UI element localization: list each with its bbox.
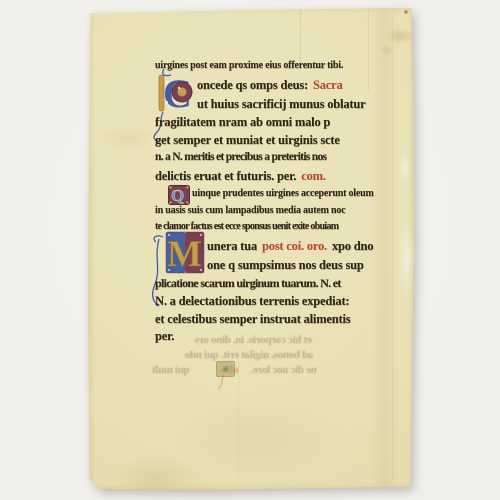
- latin-text: unera tua: [207, 239, 257, 253]
- latin-text: oncede qs omps deus:: [197, 78, 308, 92]
- illuminated-initial-c: C: [158, 68, 198, 116]
- latin-text: in uasis suis cum lampadibus media autem…: [155, 205, 345, 216]
- latin-text: N. a delectationibus terrenis expediat:: [155, 294, 349, 308]
- text-line: n. a N. meritis et precibus a preteritis…: [155, 151, 326, 163]
- text-line: oncede qs omps deus:Sacra: [197, 78, 343, 93]
- text-line: plicatione scarum uirginum tuarum. N. et: [155, 276, 341, 291]
- crease-line: [368, 8, 369, 92]
- text-line: in uasis suis cum lampadibus media autem…: [155, 205, 345, 216]
- bleedthrough-text: ne dic noc lore.: [251, 364, 317, 376]
- text-line: uinque prudentes uirgines acceperunt ole…: [192, 188, 374, 199]
- latin-text: one q sumpsimus nos deus sup: [207, 258, 364, 272]
- illuminated-initial-m: M: [160, 230, 206, 276]
- text-line: one q sumpsimus nos deus sup: [207, 258, 364, 273]
- latin-text: ut huius sacrificij munus oblatur: [197, 97, 365, 111]
- bleedthrough-text: et hic corporis. in. dino ors: [195, 334, 312, 346]
- rubric-text: post coi. oro.: [262, 239, 327, 253]
- crease-line: [392, 14, 393, 480]
- rubric-text: Sacra: [313, 78, 343, 92]
- gold-corner-dot: [186, 201, 188, 203]
- latin-text: plicatione scarum uirginum tuarum. N. et: [155, 276, 341, 290]
- illuminated-initial-q: Q: [168, 185, 190, 205]
- filigree-dot: [178, 87, 180, 89]
- bleedthrough-text: qui mult: [152, 364, 190, 376]
- latin-text: get semper et muniat et uirginis scte: [155, 133, 340, 147]
- text-line: per.: [155, 329, 174, 344]
- latin-text: delictis eruat et futuris. per.: [155, 169, 296, 183]
- parchment-leaf: uirgines post eam proxime eius offerentu…: [88, 8, 414, 490]
- text-line: delictis eruat et futuris. per.com.: [155, 169, 326, 184]
- latin-text: xpo dno: [332, 239, 373, 253]
- crease-line: [300, 10, 301, 66]
- rubric-text: com.: [301, 169, 326, 183]
- initial-m-glyph: M: [167, 234, 202, 275]
- latin-text: per.: [155, 329, 174, 343]
- text-line: get semper et muniat et uirginis scte: [155, 133, 340, 148]
- gold-corner-dot: [186, 186, 188, 188]
- bleedthrough-line: et hic corporis. in. dino ors: [195, 334, 312, 346]
- manuscript-photo: uirgines post eam proxime eius offerentu…: [0, 0, 500, 500]
- latin-text: n. a N. meritis et precibus a preteritis…: [155, 151, 326, 163]
- text-line: N. a delectationibus terrenis expediat:: [155, 294, 349, 309]
- bleedthrough-text: ad bonos. uigilat erit. qui ndo: [185, 349, 314, 361]
- filigree-dot: [166, 101, 168, 103]
- bleedthrough-line: ad bonos. uigilat erit. qui ndo: [185, 349, 314, 361]
- initial-q-glyph: Q: [171, 186, 184, 205]
- text-line: et celestibus semper instruat alimentis: [155, 312, 350, 327]
- text-line: fragilitatem nram ab omni malo p: [155, 115, 330, 130]
- latin-text: fragilitatem nram ab omni malo p: [155, 115, 330, 129]
- latin-text: et celestibus semper instruat alimentis: [155, 312, 350, 326]
- text-line: unera tuapost coi. oro.xpo dno: [207, 239, 373, 254]
- text-line: ut huius sacrificij munus oblatur: [197, 97, 365, 112]
- bleedthrough-flourish: [214, 375, 228, 391]
- latin-text: uinque prudentes uirgines acceperunt ole…: [192, 188, 374, 199]
- filigree-dot: [166, 81, 168, 83]
